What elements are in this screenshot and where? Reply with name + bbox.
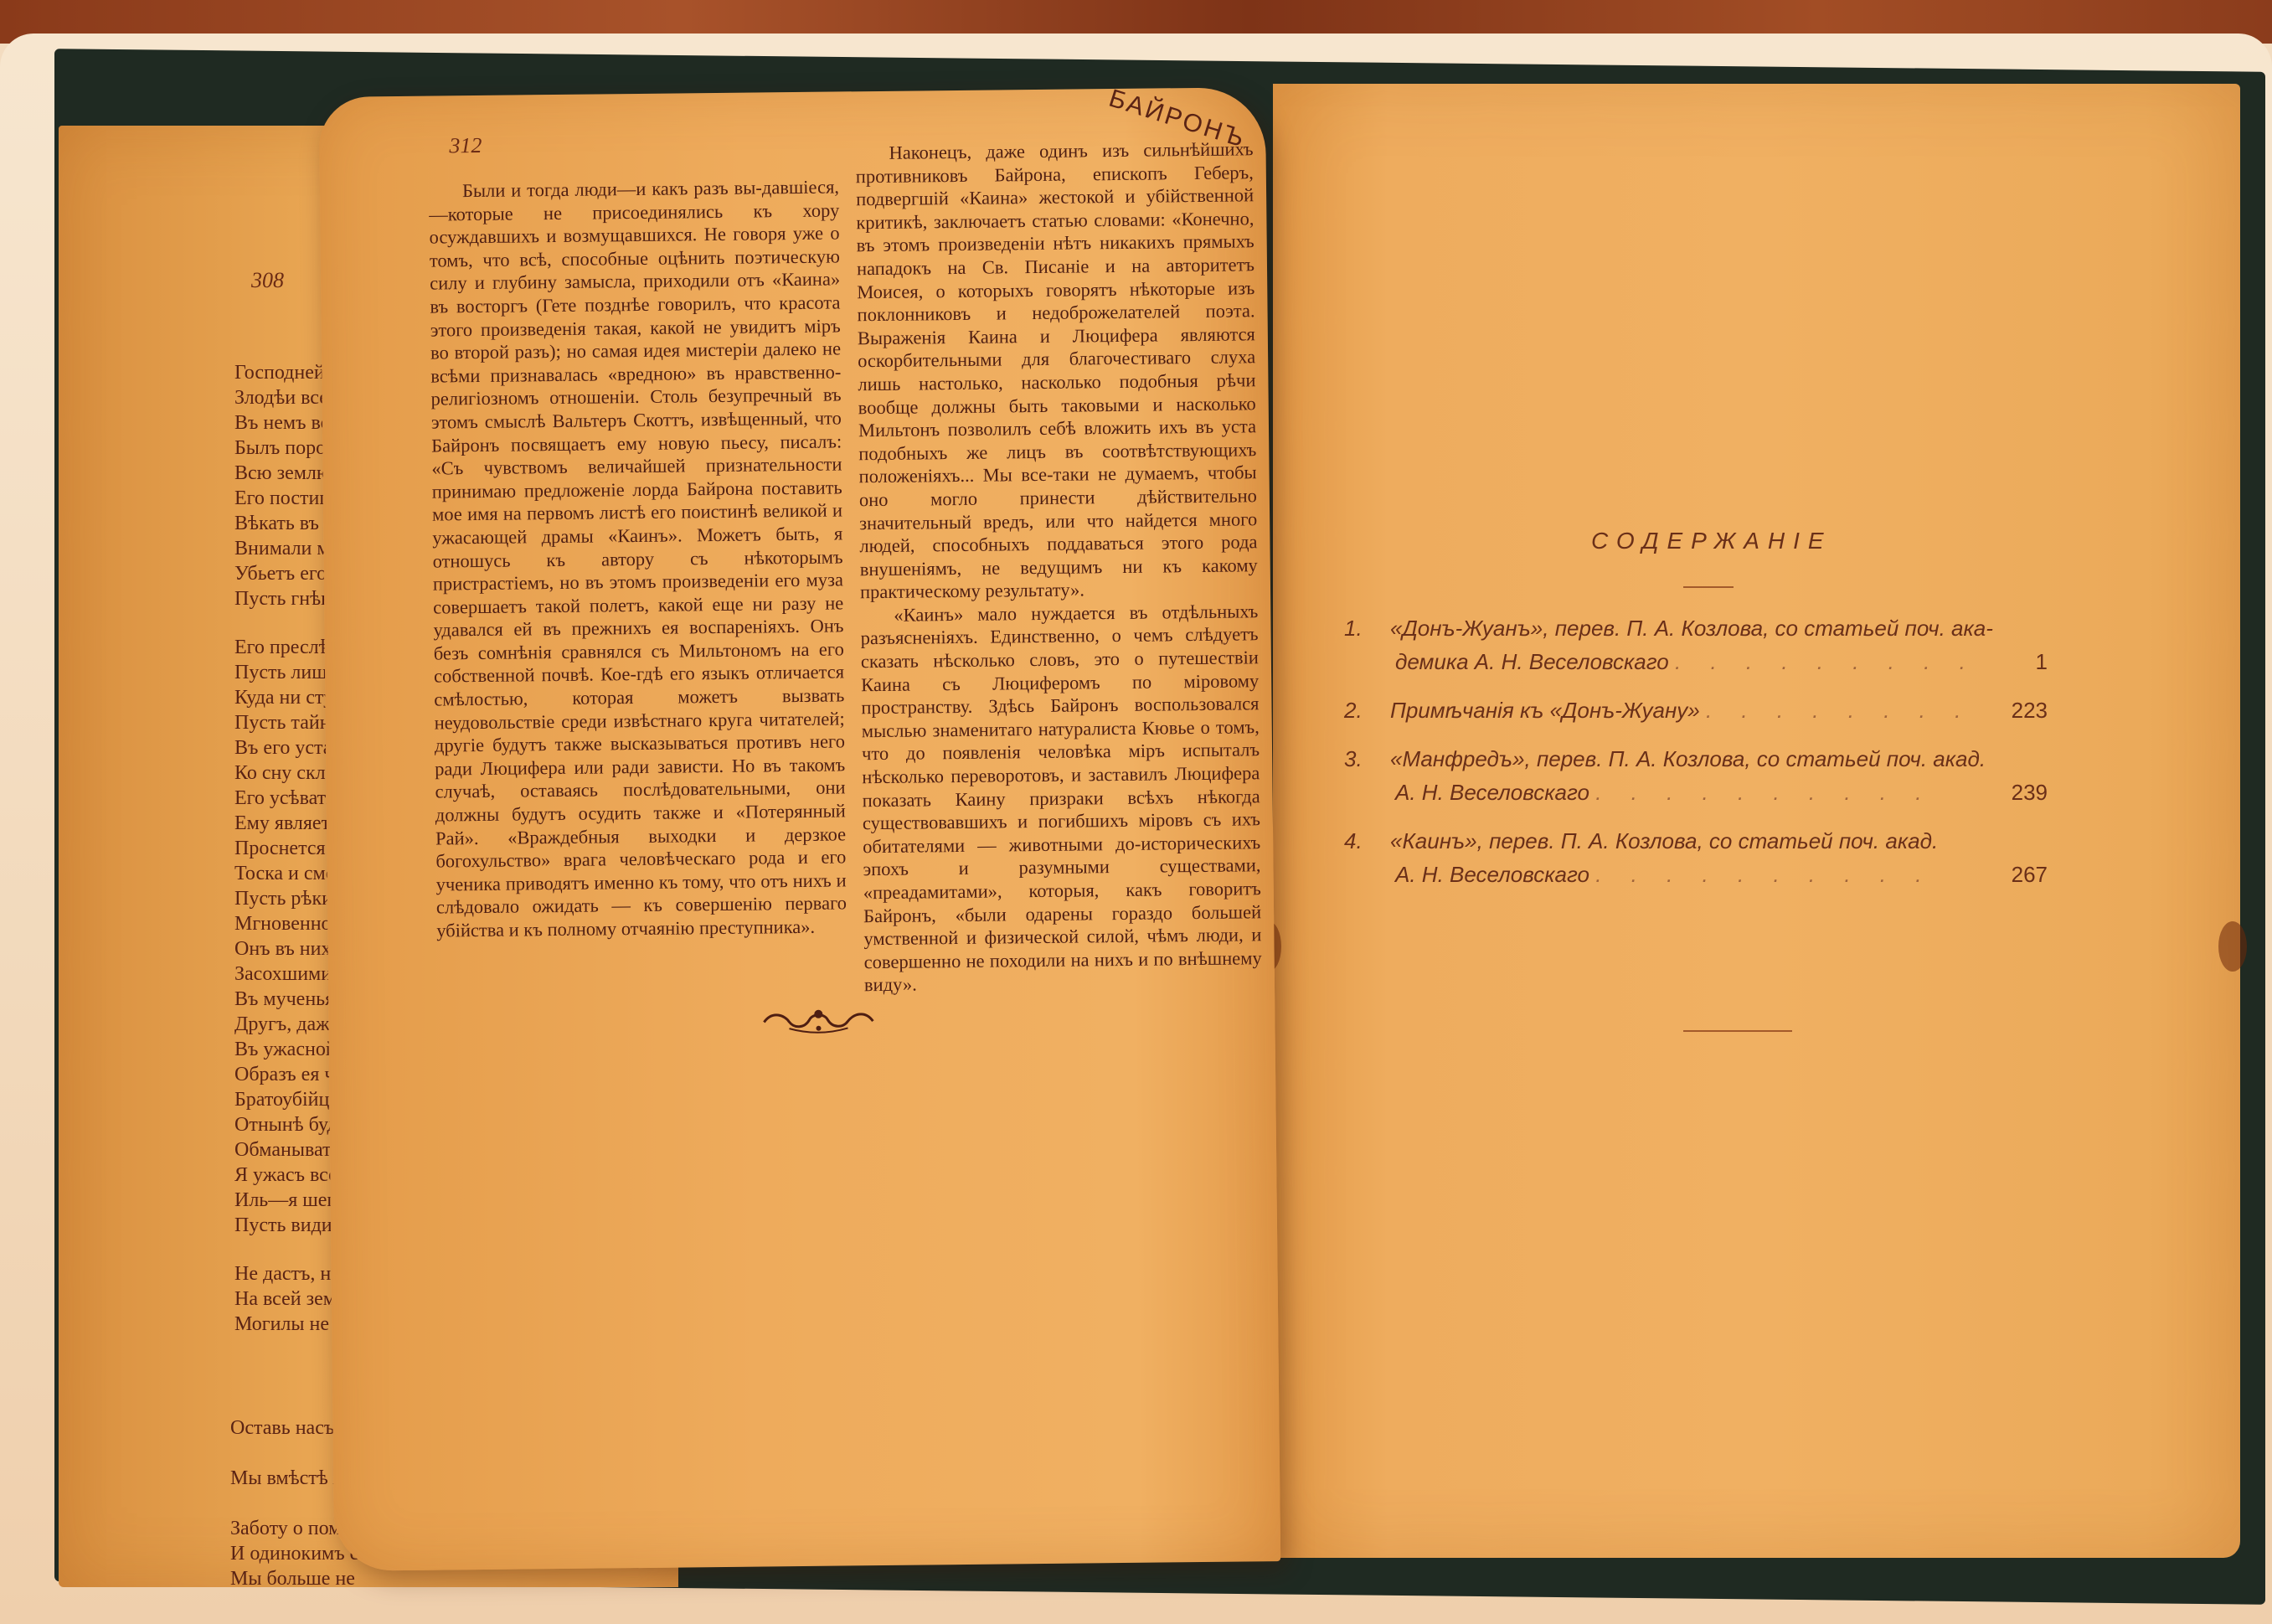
paper-stain: [2218, 921, 2247, 972]
toc-entry[interactable]: 3. «Манфредъ», перев. П. А. Козлова, со …: [1344, 742, 2031, 809]
toc-entry[interactable]: 4. «Каинъ», перев. П. А. Козлова, со ста…: [1344, 824, 2031, 891]
text-column-2: Наконецъ, даже одинъ изъ сильнѣйшихъ про…: [855, 137, 1262, 997]
table-of-contents: 1. «Донъ-Жуанъ», перев. П. А. Козлова, с…: [1344, 611, 2031, 906]
paragraph: «Каинъ» мало нуждается въ отдѣльныхъ раз…: [860, 600, 1262, 997]
toc-page-number: 1: [2036, 645, 2048, 678]
paragraph: Наконецъ, даже одинъ изъ сильнѣйшихъ про…: [855, 137, 1258, 604]
toc-page-number: 267: [2012, 858, 2048, 891]
toc-entry[interactable]: 1. «Донъ-Жуанъ», перев. П. А. Козлова, с…: [1344, 611, 2031, 678]
toc-entry[interactable]: 2. Примѣчанія къ «Донъ-Жуану» . . . . . …: [1344, 693, 2031, 727]
text-column-1: Были и тогда люди—и какъ разъ вы-давшіес…: [429, 175, 847, 942]
middle-page[interactable]: 312 БАЙРОНЪ Были и тогда люди—и какъ раз…: [319, 87, 1280, 1571]
page-number: 308: [251, 268, 284, 293]
divider: [1683, 586, 1734, 588]
right-page-contents: СОДЕРЖАНІЕ 1. «Донъ-Жуанъ», перев. П. А.…: [1273, 84, 2240, 1558]
toc-title: СОДЕРЖАНІЕ: [1591, 528, 1832, 554]
divider: [1683, 1030, 1792, 1032]
toc-page-number: 239: [2012, 776, 2048, 809]
toc-page-number: 223: [2012, 693, 2048, 727]
paragraph: Были и тогда люди—и какъ разъ вы-давшіес…: [429, 175, 847, 942]
page-number: 312: [449, 133, 482, 158]
fleuron-ornament-icon: [755, 1003, 881, 1038]
